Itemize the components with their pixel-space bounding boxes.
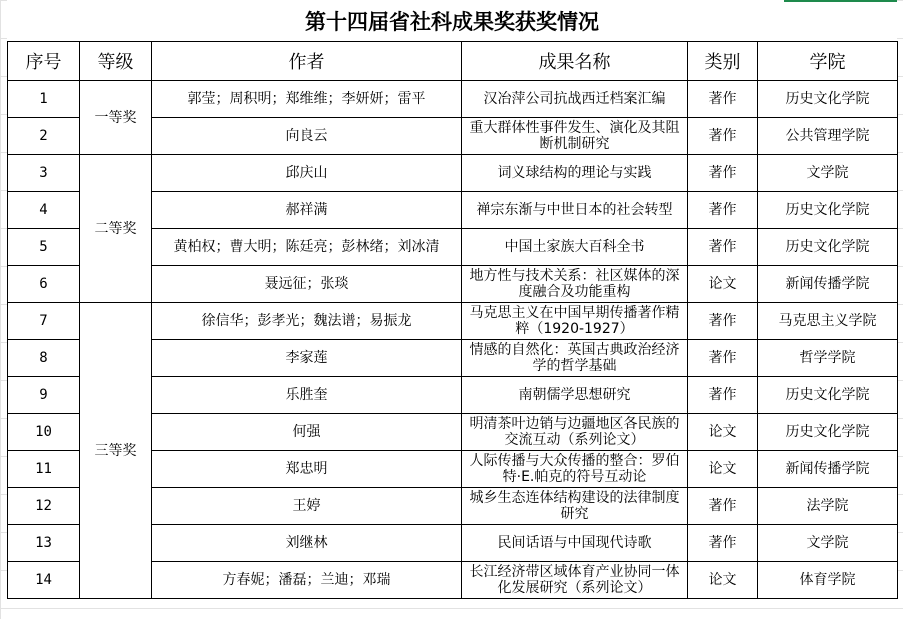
cell-title[interactable]: 地方性与技术关系：社区媒体的深度融合及功能重构	[462, 266, 688, 303]
cell-index[interactable]: 3	[8, 155, 80, 192]
cell-title[interactable]: 中国土家族大百科全书	[462, 229, 688, 266]
page-title[interactable]: 第十四届省社科成果奖获奖情况	[7, 0, 897, 41]
cell-index[interactable]: 10	[8, 414, 80, 451]
cell-category[interactable]: 论文	[688, 562, 758, 599]
cell-title[interactable]: 情感的自然化：英国古典政治经济学的哲学基础	[462, 340, 688, 377]
cell-author[interactable]: 聂远征；张琰	[152, 266, 462, 303]
cell-title[interactable]: 南朝儒学思想研究	[462, 377, 688, 414]
table-row: 3 二等奖 邱庆山 词义球结构的理论与实践 著作 文学院	[8, 155, 898, 192]
cell-college[interactable]: 马克思主义学院	[758, 303, 898, 340]
cell-author[interactable]: 王婷	[152, 488, 462, 525]
cell-college[interactable]: 新闻传播学院	[758, 266, 898, 303]
cell-index[interactable]: 14	[8, 562, 80, 599]
cell-category[interactable]: 著作	[688, 118, 758, 155]
cell-college[interactable]: 哲学学院	[758, 340, 898, 377]
cell-index[interactable]: 13	[8, 525, 80, 562]
cell-author[interactable]: 刘继林	[152, 525, 462, 562]
cell-author[interactable]: 郭莹；周积明；郑维维；李妍妍；雷平	[152, 81, 462, 118]
cell-index[interactable]: 1	[8, 81, 80, 118]
header-college[interactable]: 学院	[758, 42, 898, 81]
cell-author[interactable]: 李家莲	[152, 340, 462, 377]
cell-title[interactable]: 禅宗东渐与中世日本的社会转型	[462, 192, 688, 229]
awards-table: 序号 等级 作者 成果名称 类别 学院 1 一等奖 郭莹；周积明；郑维维；李妍妍…	[7, 41, 898, 599]
cell-author[interactable]: 徐信华；彭孝光；魏法谱；易振龙	[152, 303, 462, 340]
cell-title[interactable]: 长江经济带区域体育产业协同一体化发展研究（系列论文）	[462, 562, 688, 599]
cell-category[interactable]: 著作	[688, 377, 758, 414]
header-row: 序号 等级 作者 成果名称 类别 学院	[8, 42, 898, 81]
cell-category[interactable]: 著作	[688, 488, 758, 525]
cell-college[interactable]: 历史文化学院	[758, 414, 898, 451]
cell-title[interactable]: 城乡生态连体结构建设的法律制度研究	[462, 488, 688, 525]
header-level[interactable]: 等级	[80, 42, 152, 81]
cell-category[interactable]: 著作	[688, 192, 758, 229]
cell-index[interactable]: 5	[8, 229, 80, 266]
cell-author[interactable]: 黄柏权；曹大明；陈廷亮；彭林绪；刘冰清	[152, 229, 462, 266]
cell-index[interactable]: 9	[8, 377, 80, 414]
cell-title[interactable]: 马克思主义在中国早期传播著作精粹（1920-1927）	[462, 303, 688, 340]
cell-category[interactable]: 著作	[688, 229, 758, 266]
cell-index[interactable]: 11	[8, 451, 80, 488]
cell-college[interactable]: 历史文化学院	[758, 229, 898, 266]
cell-college[interactable]: 历史文化学院	[758, 192, 898, 229]
cell-index[interactable]: 6	[8, 266, 80, 303]
cell-title[interactable]: 词义球结构的理论与实践	[462, 155, 688, 192]
cell-college[interactable]: 公共管理学院	[758, 118, 898, 155]
cell-author[interactable]: 向良云	[152, 118, 462, 155]
header-author[interactable]: 作者	[152, 42, 462, 81]
header-category[interactable]: 类别	[688, 42, 758, 81]
cell-level-first[interactable]: 一等奖	[80, 81, 152, 155]
cell-index[interactable]: 2	[8, 118, 80, 155]
cell-title[interactable]: 人际传播与大众传播的整合：罗伯特·E.帕克的符号互动论	[462, 451, 688, 488]
cell-college[interactable]: 体育学院	[758, 562, 898, 599]
cell-level-third[interactable]: 三等奖	[80, 303, 152, 599]
cell-category[interactable]: 论文	[688, 451, 758, 488]
cell-category[interactable]: 著作	[688, 81, 758, 118]
header-index[interactable]: 序号	[8, 42, 80, 81]
cell-index[interactable]: 7	[8, 303, 80, 340]
cell-category[interactable]: 论文	[688, 414, 758, 451]
cell-author[interactable]: 郝祥满	[152, 192, 462, 229]
cell-category[interactable]: 著作	[688, 155, 758, 192]
table-row: 1 一等奖 郭莹；周积明；郑维维；李妍妍；雷平 汉冶萍公司抗战西迁档案汇编 著作…	[8, 81, 898, 118]
cell-author[interactable]: 郑忠明	[152, 451, 462, 488]
cell-title[interactable]: 民间话语与中国现代诗歌	[462, 525, 688, 562]
header-title[interactable]: 成果名称	[462, 42, 688, 81]
cell-title[interactable]: 重大群体性事件发生、演化及其阻断机制研究	[462, 118, 688, 155]
cell-category[interactable]: 论文	[688, 266, 758, 303]
cell-index[interactable]: 12	[8, 488, 80, 525]
cell-college[interactable]: 历史文化学院	[758, 377, 898, 414]
cell-category[interactable]: 著作	[688, 525, 758, 562]
cell-college[interactable]: 文学院	[758, 525, 898, 562]
cell-author[interactable]: 方春妮；潘磊；兰迪；邓瑞	[152, 562, 462, 599]
cell-level-second[interactable]: 二等奖	[80, 155, 152, 303]
cell-category[interactable]: 著作	[688, 303, 758, 340]
cell-college[interactable]: 新闻传播学院	[758, 451, 898, 488]
cell-selection-indicator	[784, 0, 897, 2]
cell-title[interactable]: 明清茶叶边销与边疆地区各民族的交流互动（系列论文）	[462, 414, 688, 451]
cell-index[interactable]: 8	[8, 340, 80, 377]
cell-index[interactable]: 4	[8, 192, 80, 229]
cell-author[interactable]: 邱庆山	[152, 155, 462, 192]
table-row: 7 三等奖 徐信华；彭孝光；魏法谱；易振龙 马克思主义在中国早期传播著作精粹（1…	[8, 303, 898, 340]
cell-category[interactable]: 著作	[688, 340, 758, 377]
cell-title[interactable]: 汉冶萍公司抗战西迁档案汇编	[462, 81, 688, 118]
cell-college[interactable]: 法学院	[758, 488, 898, 525]
cell-college[interactable]: 文学院	[758, 155, 898, 192]
cell-college[interactable]: 历史文化学院	[758, 81, 898, 118]
cell-author[interactable]: 何强	[152, 414, 462, 451]
cell-author[interactable]: 乐胜奎	[152, 377, 462, 414]
